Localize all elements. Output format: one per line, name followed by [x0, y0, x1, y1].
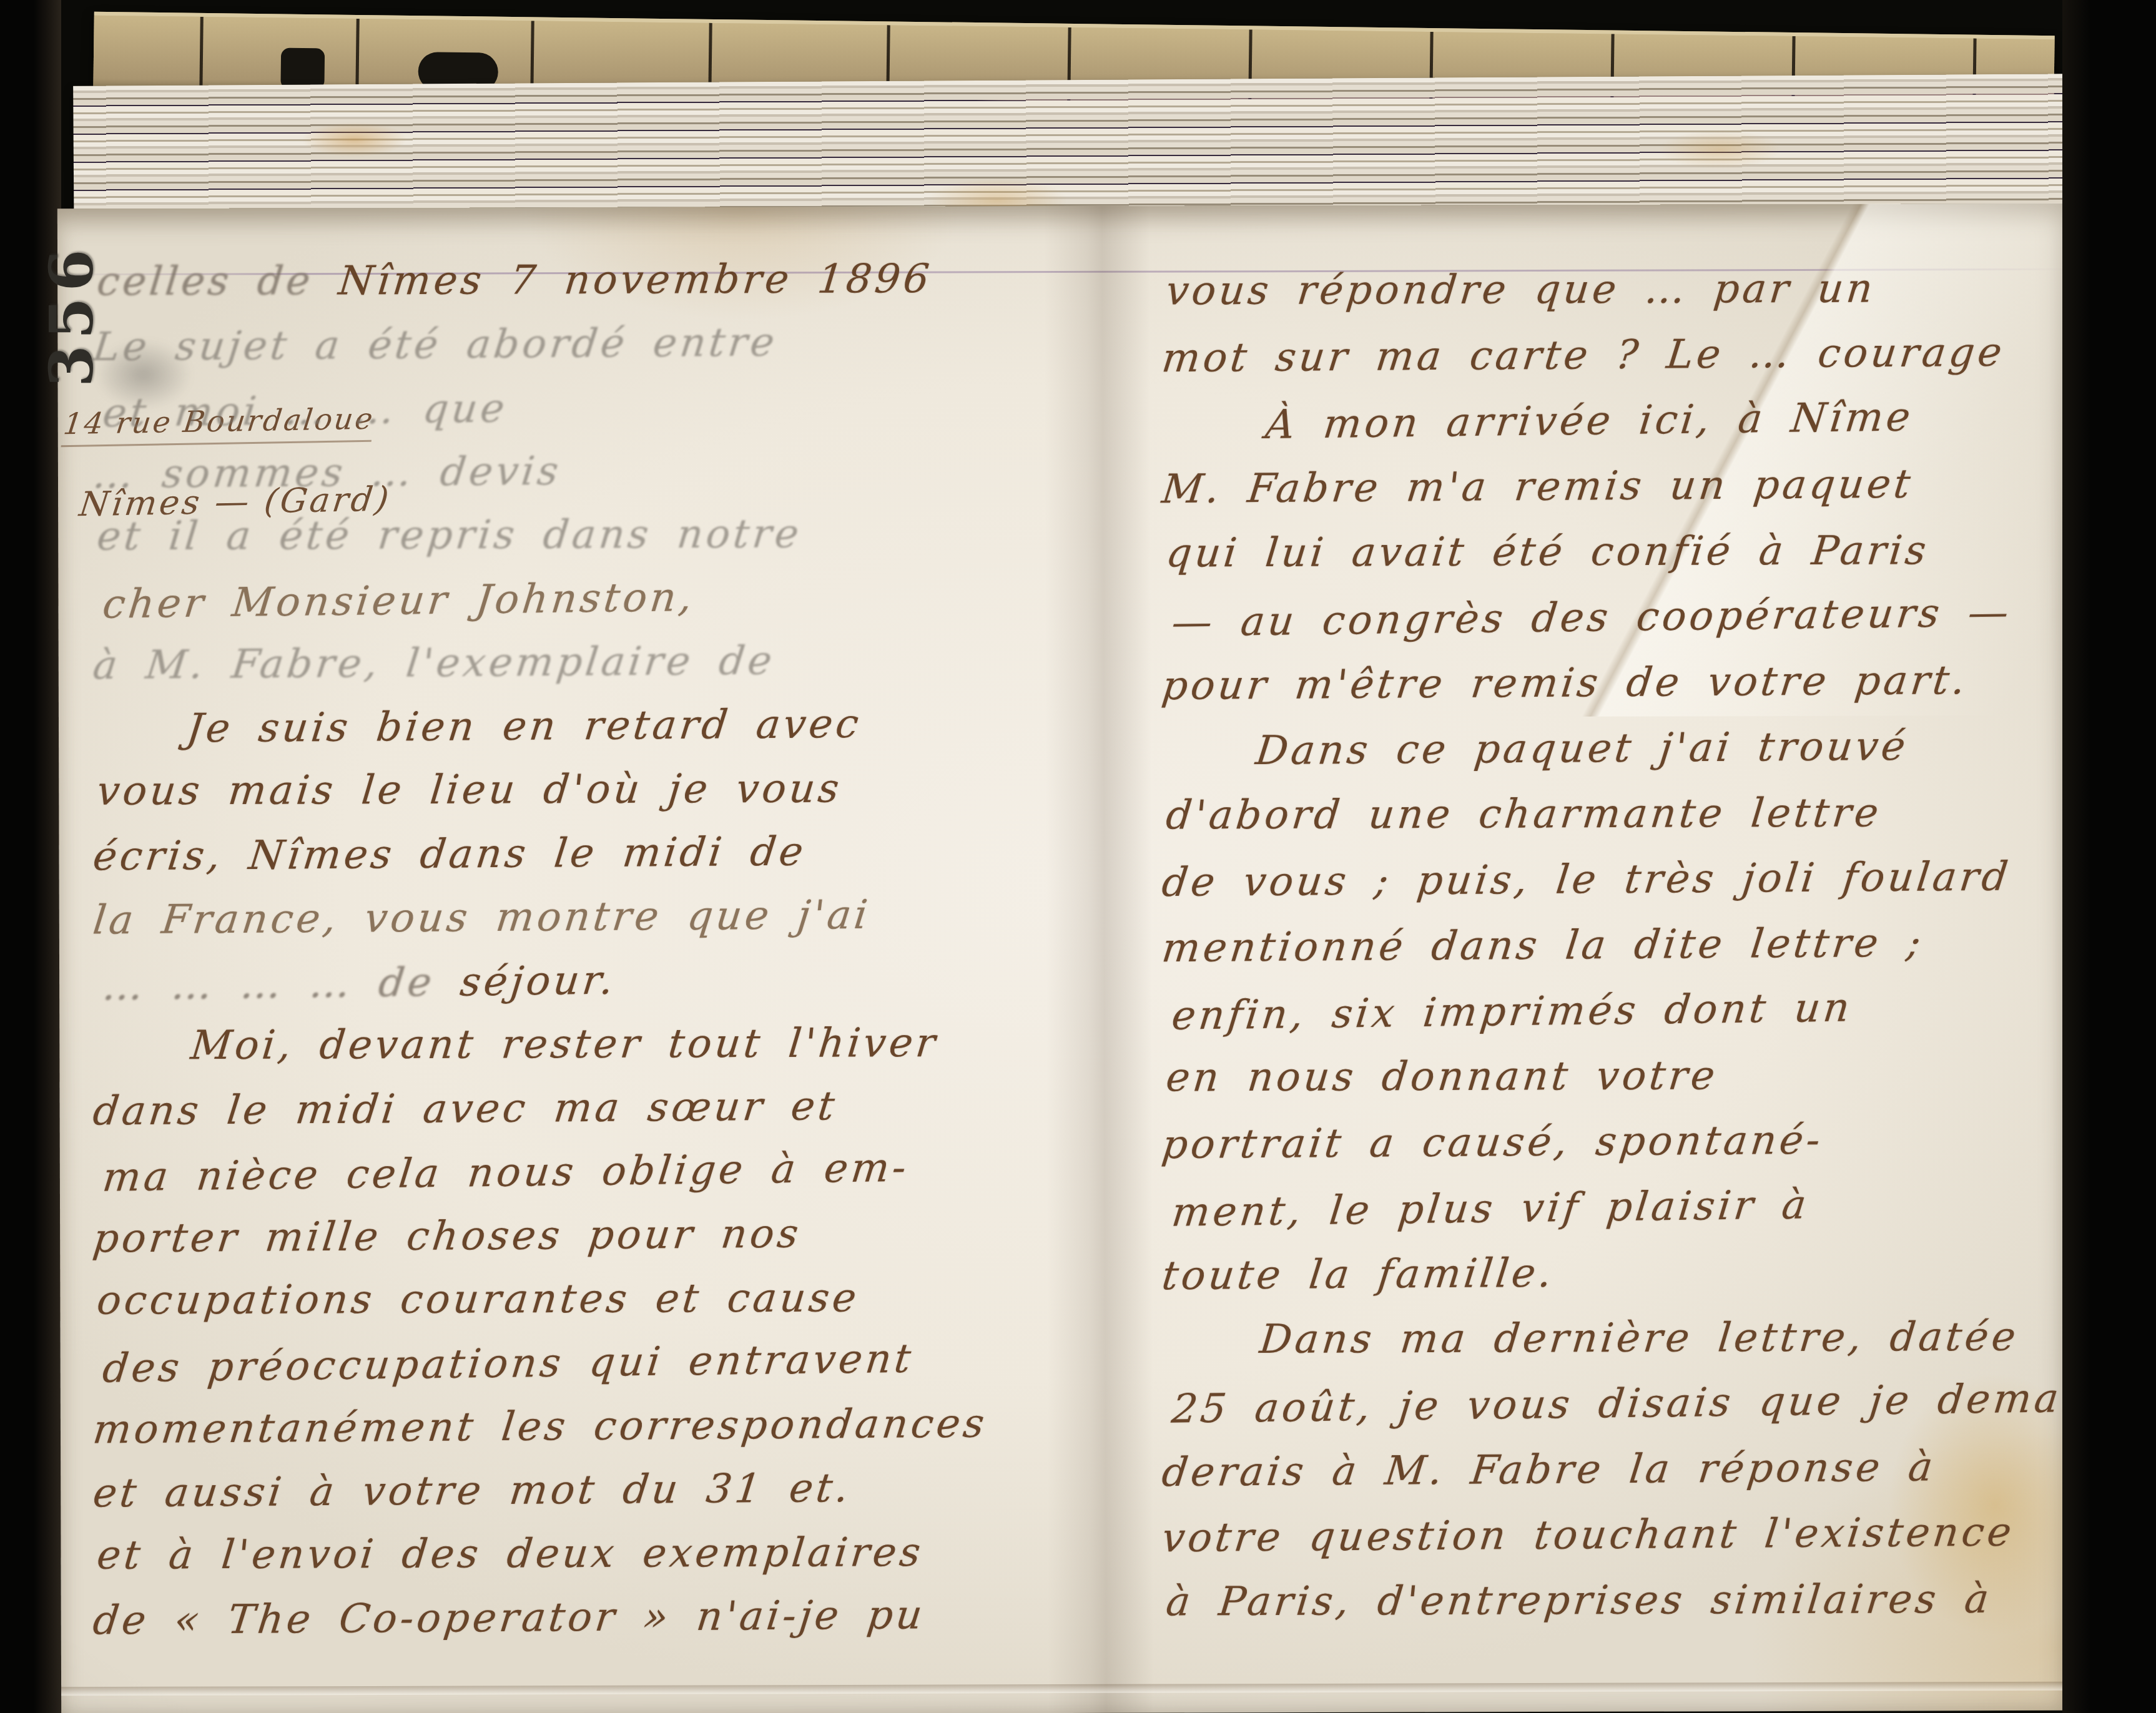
- handwriting-line: ment, le plus vif plaisir à: [1168, 1169, 2101, 1246]
- handwriting-line: — au congrès des coopérateurs —: [1168, 579, 2101, 656]
- handwriting-line: à Paris, d'entreprises similaires à: [1163, 1566, 2094, 1635]
- handwriting-line: et il a été repris dans notre: [94, 501, 1106, 569]
- tab-numeral-fragment: [280, 47, 325, 89]
- handwriting-line: et à l'envoi des deux exemplaires: [94, 1520, 1106, 1588]
- handwriting-line: M. Fabre m'a remis un paquet: [1158, 451, 2090, 523]
- tab-seam: [355, 19, 359, 92]
- handwriting-line: et moi … … que: [99, 370, 1113, 446]
- handwriting-line: en nous donnant votre: [1163, 1042, 2094, 1111]
- handwriting-line: à M. Fabre, l'exemplaire de: [89, 627, 1103, 697]
- handwriting-line: de vous ; puis, le très joli foulard: [1158, 844, 2090, 916]
- background-right-edge: [2062, 0, 2156, 1713]
- handwriting-line: votre question touchant l'existence: [1158, 1499, 2090, 1571]
- handwriting-line: dans le midi avec ma sœur et: [89, 1072, 1103, 1143]
- handwriting-line: À mon arrivée ici, à Nîme: [1168, 383, 2101, 459]
- handwriting-line: ma nièce cela nous oblige à em-: [99, 1134, 1113, 1210]
- handwriting-line: toute la famille.: [1158, 1237, 2090, 1309]
- handwriting-segment-ink: Nîmes 7 novembre 1896: [337, 256, 934, 304]
- handwriting-line: cher Monsieur Johnston,: [99, 561, 1113, 637]
- handwriting-line: vous répondre que … par un: [1163, 255, 2094, 324]
- left-page-handwriting: celles de Nîmes 7 novembre 1896Le sujet …: [94, 248, 1099, 1649]
- handwriting-segment-faded: … … … … de: [101, 960, 463, 1010]
- handwriting-line: la France, vous montre que j'ai: [89, 881, 1103, 952]
- handwriting-line: Le sujet a été abordé entre: [89, 308, 1103, 379]
- handwriting-line: 25 août, je vous disais que je deman-: [1168, 1366, 2101, 1443]
- handwriting-line: vous mais le lieu d'où je vous: [94, 756, 1106, 823]
- handwriting-line: mentionné dans la dite lettre ;: [1158, 910, 2090, 981]
- handwriting-segment-ink: séjour.: [458, 958, 619, 1006]
- handwriting-line: porter mille choses pour nos: [89, 1200, 1103, 1270]
- handwriting-line: pour m'être remis de votre part.: [1158, 647, 2090, 719]
- handwriting-line: Je suis bien en retard avec: [89, 690, 1103, 761]
- handwriting-line: d'abord une charmante lettre: [1163, 780, 2094, 848]
- right-page-handwriting: vous répondre que … par unmot sur ma car…: [1163, 257, 2087, 1634]
- tab-seam: [199, 17, 203, 91]
- handwriting-line: … … … … de séjour.: [99, 943, 1113, 1019]
- handwriting-line: momentanément les correspondances: [89, 1391, 1103, 1461]
- handwriting-line: Dans ma dernière lettre, datée: [1163, 1304, 2094, 1373]
- handwriting-line: celles de Nîmes 7 novembre 1896: [94, 247, 1106, 314]
- handwriting-line: … sommes … devis: [89, 436, 1103, 506]
- handwriting-line: derais à M. Fabre la réponse à: [1158, 1434, 2090, 1506]
- handwriting-line: enfin, six imprimés dont un: [1168, 973, 2101, 1049]
- handwriting-line: Moi, devant rester tout l'hiver: [94, 1011, 1106, 1078]
- handwriting-line: occupations courantes et cause: [94, 1265, 1106, 1333]
- notebook-photo: 356 14 rue Bourdaloue Nîmes — (Gard) cel…: [0, 0, 2156, 1713]
- handwriting-line: et aussi à votre mot du 31 et.: [89, 1455, 1103, 1525]
- handwriting-line: portrait a causé, spontané-: [1158, 1106, 2090, 1178]
- handwriting-line: écris, Nîmes dans le midi de: [89, 818, 1103, 888]
- handwriting-line: mot sur ma carte ? Le … courage: [1158, 320, 2090, 391]
- handwriting-line: Dans ce paquet j'ai trouvé: [1158, 713, 2090, 785]
- handwriting-line: des préoccupations qui entravent: [99, 1325, 1113, 1401]
- handwriting-line: de « The Co-operator » n'ai-je pu: [89, 1582, 1103, 1652]
- handwriting-line: qui lui avait été confié à Paris: [1163, 518, 2094, 586]
- handwriting-segment-faded: celles de: [95, 258, 342, 305]
